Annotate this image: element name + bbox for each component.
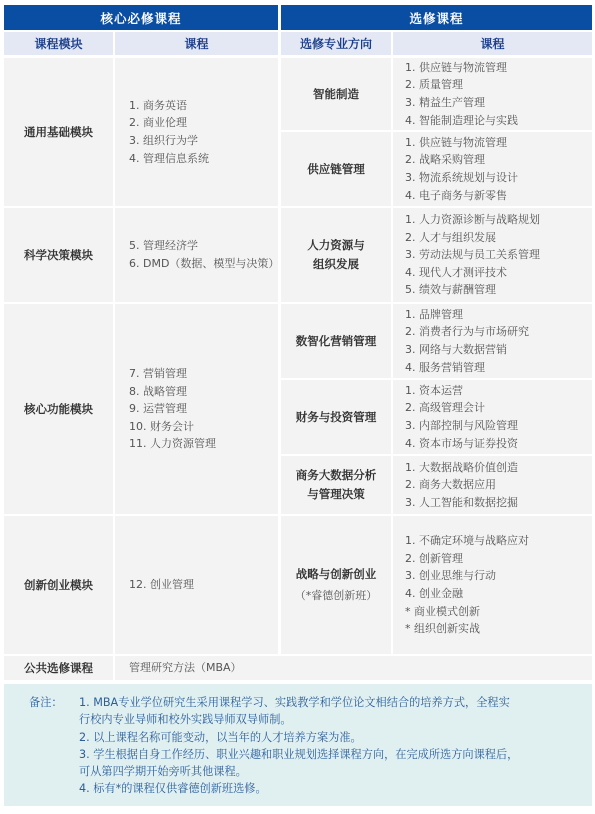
course-item: 6. DMD（数据、模型与决策）: [129, 255, 278, 273]
direction-digital-marketing-courses: 1. 品牌管理 2. 消费者行为与市场研究 3. 网络与大数据营销 4. 服务营…: [393, 304, 592, 378]
public-elective-course: 管理研究方法（MBA）: [115, 656, 592, 680]
course-item: 1. 不确定环境与战略应对: [405, 532, 592, 550]
module-core-function-courses: 7. 营销管理 8. 战略管理 9. 运营管理 10. 财务会计 11. 人力资…: [115, 304, 278, 514]
course-item: 2. 创新管理: [405, 550, 592, 568]
module-name: 通用基础模块: [24, 123, 93, 142]
course-item: 3. 组织行为学: [129, 132, 278, 150]
course-item: 2. 高级管理会计: [405, 399, 592, 417]
direction-business-big-data-courses: 1. 大数据战略价值创造 2. 商务大数据应用 3. 人工智能和数据挖掘: [393, 456, 592, 514]
direction-name: 数智化营销管理: [296, 332, 377, 351]
direction-strategy-innovation-courses: 1. 不确定环境与战略应对 2. 创新管理 3. 创业思维与行动 4. 创业金融…: [393, 516, 592, 654]
module-name: 创新创业模块: [24, 576, 93, 595]
course-item: * 商业模式创新: [405, 603, 592, 621]
direction-strategy-innovation: 战略与创新创业 （*睿德创新班）: [281, 516, 391, 654]
course-item: 1. 品牌管理: [405, 306, 592, 324]
direction-name: 供应链管理: [307, 160, 365, 179]
direction-hr-org-development: 人力资源与 组织发展: [281, 208, 391, 302]
direction-smart-manufacturing-courses: 1. 供应链与物流管理 2. 质量管理 3. 精益生产管理 4. 智能制造理论与…: [393, 58, 592, 130]
direction-smart-manufacturing: 智能制造: [281, 58, 391, 130]
module-name: 核心功能模块: [24, 400, 93, 419]
course-item: 3. 精益生产管理: [405, 94, 592, 112]
module-core-function: 核心功能模块: [4, 304, 113, 514]
course-item: 管理研究方法（MBA）: [129, 659, 592, 677]
col-header-elective-course: 课程: [393, 32, 592, 55]
direction-business-big-data: 商务大数据分析 与管理决策: [281, 456, 391, 514]
module-innovation-entrepreneurship-courses: 12. 创业管理: [115, 516, 278, 654]
col-header-module: 课程模块: [4, 32, 113, 55]
direction-subtitle: （*睿德创新班）: [295, 586, 378, 605]
direction-name: 商务大数据分析 与管理决策: [296, 466, 377, 504]
course-item: 8. 战略管理: [129, 383, 278, 401]
col-header-direction: 选修专业方向: [281, 32, 391, 55]
course-item: 7. 营销管理: [129, 365, 278, 383]
course-item: 1. 供应链与物流管理: [405, 59, 592, 77]
col-header-course: 课程: [115, 32, 278, 55]
elective-courses-header: 选修课程: [281, 5, 592, 30]
course-item: 2. 商业伦理: [129, 114, 278, 132]
course-item: 3. 人工智能和数据挖掘: [405, 494, 592, 512]
direction-hr-org-development-courses: 1. 人力资源诊断与战略规划 2. 人才与组织发展 3. 劳动法规与员工关系管理…: [393, 208, 592, 302]
course-item: 2. 商务大数据应用: [405, 476, 592, 494]
course-item: 1. 资本运营: [405, 382, 592, 400]
module-general-foundation: 通用基础模块: [4, 58, 113, 206]
direction-name: 财务与投资管理: [296, 408, 377, 427]
module-general-foundation-courses: 1. 商务英语 2. 商业伦理 3. 组织行为学 4. 管理信息系统: [115, 58, 278, 206]
module-scientific-decision-courses: 5. 管理经济学 6. DMD（数据、模型与决策）: [115, 208, 278, 302]
course-item: 2. 人才与组织发展: [405, 229, 592, 247]
module-name: 科学决策模块: [24, 246, 93, 265]
course-item: 4. 服务营销管理: [405, 359, 592, 377]
course-item: 3. 网络与大数据营销: [405, 341, 592, 359]
course-item: 1. 大数据战略价值创造: [405, 459, 592, 477]
module-name: 公共选修课程: [24, 659, 93, 678]
direction-supply-chain: 供应链管理: [281, 132, 391, 206]
module-scientific-decision: 科学决策模块: [4, 208, 113, 302]
course-item: 4. 创业金融: [405, 585, 592, 603]
course-item: 1. 商务英语: [129, 97, 278, 115]
course-item: 5. 绩效与薪酬管理: [405, 281, 592, 299]
course-item: 4. 现代人才测评技术: [405, 264, 592, 282]
course-item: 12. 创业管理: [129, 576, 278, 594]
notes-body: 1. MBA专业学位研究生采用课程学习、实践教学和学位论文相结合的培养方式，全程…: [79, 694, 587, 798]
direction-name: 战略与创新创业: [296, 565, 377, 584]
direction-supply-chain-courses: 1. 供应链与物流管理 2. 战略采购管理 3. 物流系统规划与设计 4. 电子…: [393, 132, 592, 206]
course-item: 4. 管理信息系统: [129, 150, 278, 168]
direction-name: 智能制造: [313, 85, 359, 104]
note-line: 可从第四学期开始旁听其他课程。: [79, 763, 587, 780]
course-item: 2. 消费者行为与市场研究: [405, 323, 592, 341]
course-item: 3. 内部控制与风险管理: [405, 417, 592, 435]
course-item: 2. 战略采购管理: [405, 151, 592, 169]
required-courses-header: 核心必修课程: [4, 5, 278, 30]
course-item: * 组织创新实战: [405, 620, 592, 638]
course-item: 1. 供应链与物流管理: [405, 134, 592, 152]
public-elective-label: 公共选修课程: [4, 656, 113, 680]
note-line: 3. 学生根据自身工作经历、职业兴趣和职业规划选择课程方向，在完成所选方向课程后…: [79, 746, 587, 763]
notes-panel: 备注： 1. MBA专业学位研究生采用课程学习、实践教学和学位论文相结合的培养方…: [4, 684, 592, 806]
course-item: 11. 人力资源管理: [129, 435, 278, 453]
note-line: 1. MBA专业学位研究生采用课程学习、实践教学和学位论文相结合的培养方式，全程…: [79, 694, 587, 711]
direction-name: 人力资源与 组织发展: [307, 236, 365, 274]
course-item: 4. 智能制造理论与实践: [405, 112, 592, 130]
note-line: 行校内专业导师和校外实践导师双导师制。: [79, 711, 587, 728]
module-innovation-entrepreneurship: 创新创业模块: [4, 516, 113, 654]
course-item: 4. 电子商务与新零售: [405, 187, 592, 205]
direction-digital-marketing: 数智化营销管理: [281, 304, 391, 378]
course-item: 4. 资本市场与证券投资: [405, 435, 592, 453]
course-item: 2. 质量管理: [405, 76, 592, 94]
course-item: 9. 运营管理: [129, 400, 278, 418]
course-item: 1. 人力资源诊断与战略规划: [405, 211, 592, 229]
direction-finance-investment-courses: 1. 资本运营 2. 高级管理会计 3. 内部控制与风险管理 4. 资本市场与证…: [393, 380, 592, 454]
course-item: 10. 财务会计: [129, 418, 278, 436]
note-line: 4. 标有*的课程仅供睿德创新班选修。: [79, 780, 587, 797]
note-line: 2. 以上课程名称可能变动，以当年的人才培养方案为准。: [79, 729, 587, 746]
course-item: 5. 管理经济学: [129, 237, 278, 255]
course-item: 3. 创业思维与行动: [405, 567, 592, 585]
course-item: 3. 物流系统规划与设计: [405, 169, 592, 187]
direction-finance-investment: 财务与投资管理: [281, 380, 391, 454]
course-item: 3. 劳动法规与员工关系管理: [405, 246, 592, 264]
notes-label: 备注：: [29, 694, 63, 711]
